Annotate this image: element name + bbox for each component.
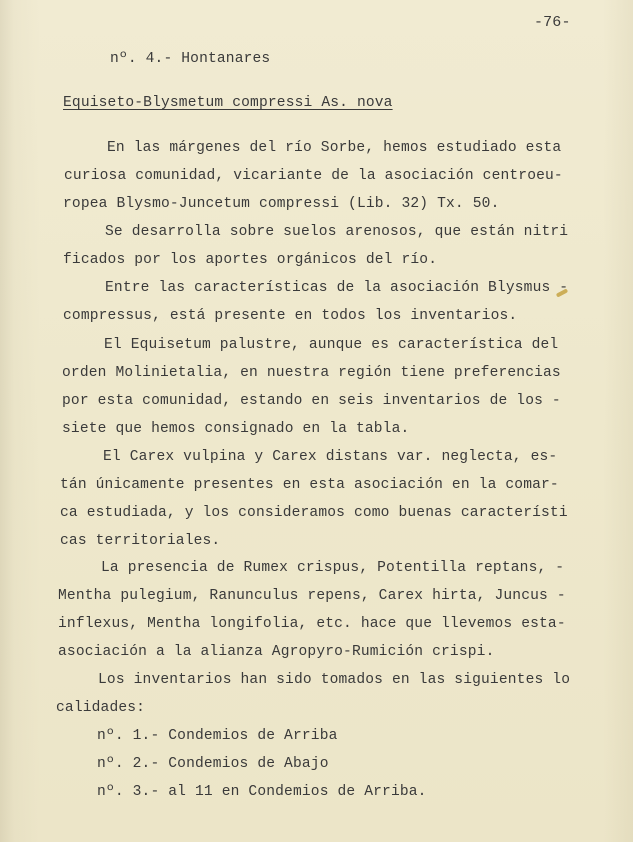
text-line: En las márgenes del río Sorbe, hemos est… <box>107 139 561 157</box>
text-line: tán únicamente presentes en esta asociac… <box>60 476 559 494</box>
locality-item: nº. 3.- al 11 en Condemios de Arriba. <box>97 783 427 801</box>
text-line: Se desarrolla sobre suelos arenosos, que… <box>105 223 568 241</box>
text-line: La presencia de Rumex crispus, Potentill… <box>101 559 564 577</box>
text-line: ficados por los aportes orgánicos del rí… <box>63 251 437 269</box>
text-line: cas territoriales. <box>60 532 220 550</box>
text-line: asociación a la alianza Agropyro-Rumició… <box>58 643 494 661</box>
locality-item: nº. 1.- Condemios de Arriba <box>97 727 338 745</box>
text-line: El Equisetum palustre, aunque es caracte… <box>104 336 558 354</box>
text-line: ropea Blysmo-Juncetum compressi (Lib. 32… <box>63 195 499 213</box>
text-line: compressus, está presente en todos los i… <box>63 307 517 325</box>
locality-item: nº. 2.- Condemios de Abajo <box>97 755 329 773</box>
text-line: ca estudiada, y los consideramos como bu… <box>60 504 568 522</box>
typewritten-page: -76- nº. 4.- Hontanares Equiseto-Blysmet… <box>0 0 633 842</box>
text-line: por esta comunidad, estando en seis inve… <box>62 392 561 410</box>
page-number: -76- <box>534 14 571 32</box>
text-line: siete que hemos consignado en la tabla. <box>62 420 409 438</box>
text-line: inflexus, Mentha longifolia, etc. hace q… <box>58 615 566 633</box>
text-line: Entre las características de la asociaci… <box>105 279 568 297</box>
text-line: orden Molinietalia, en nuestra región ti… <box>62 364 561 382</box>
section-title: Equiseto-Blysmetum compressi As. nova <box>63 94 393 112</box>
text-line: El Carex vulpina y Carex distans var. ne… <box>103 448 557 466</box>
text-line: calidades: <box>56 699 145 717</box>
text-line: Los inventarios han sido tomados en las … <box>98 671 570 689</box>
text-line: curiosa comunidad, vicariante de la asoc… <box>64 167 563 185</box>
locality-heading: nº. 4.- Hontanares <box>110 50 270 68</box>
text-line: Mentha pulegium, Ranunculus repens, Care… <box>58 587 566 605</box>
